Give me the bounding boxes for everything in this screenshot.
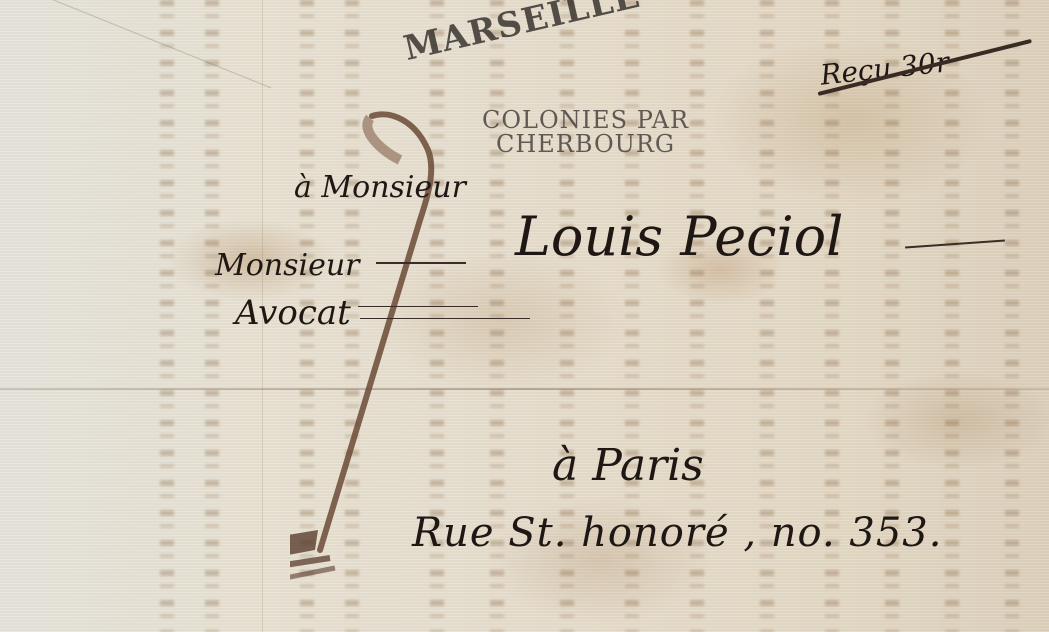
street-address: Rue St. honoré , no. 353.: [412, 510, 942, 556]
title-line-dash: [376, 262, 466, 264]
route-postmark-line2: CHERBOURG: [482, 132, 689, 156]
bleed-through-column: [205, 0, 219, 632]
bleed-through-column: [160, 0, 174, 632]
diagonal-crease: [30, 0, 271, 88]
title-line-1: Monsieur: [215, 248, 360, 283]
title-line-dash: [358, 306, 478, 307]
title-line-2: Avocat: [235, 293, 351, 333]
destination-city: à Paris: [552, 440, 704, 491]
bleed-through-column: [945, 0, 959, 632]
bleed-through-column: [1005, 0, 1019, 632]
route-postmark: COLONIES PAR CHERBOURG: [482, 108, 689, 156]
horizontal-fold-crease: [0, 388, 1049, 390]
letter-cover: MARSEILLE COLONIES PAR CHERBOURG Reçu 30…: [0, 0, 1049, 632]
route-postmark-line1: COLONIES PAR: [482, 108, 689, 132]
addressee-name: Louis Peciol: [515, 205, 843, 268]
title-line-dash: [360, 318, 530, 319]
salutation: à Monsieur: [294, 170, 466, 205]
